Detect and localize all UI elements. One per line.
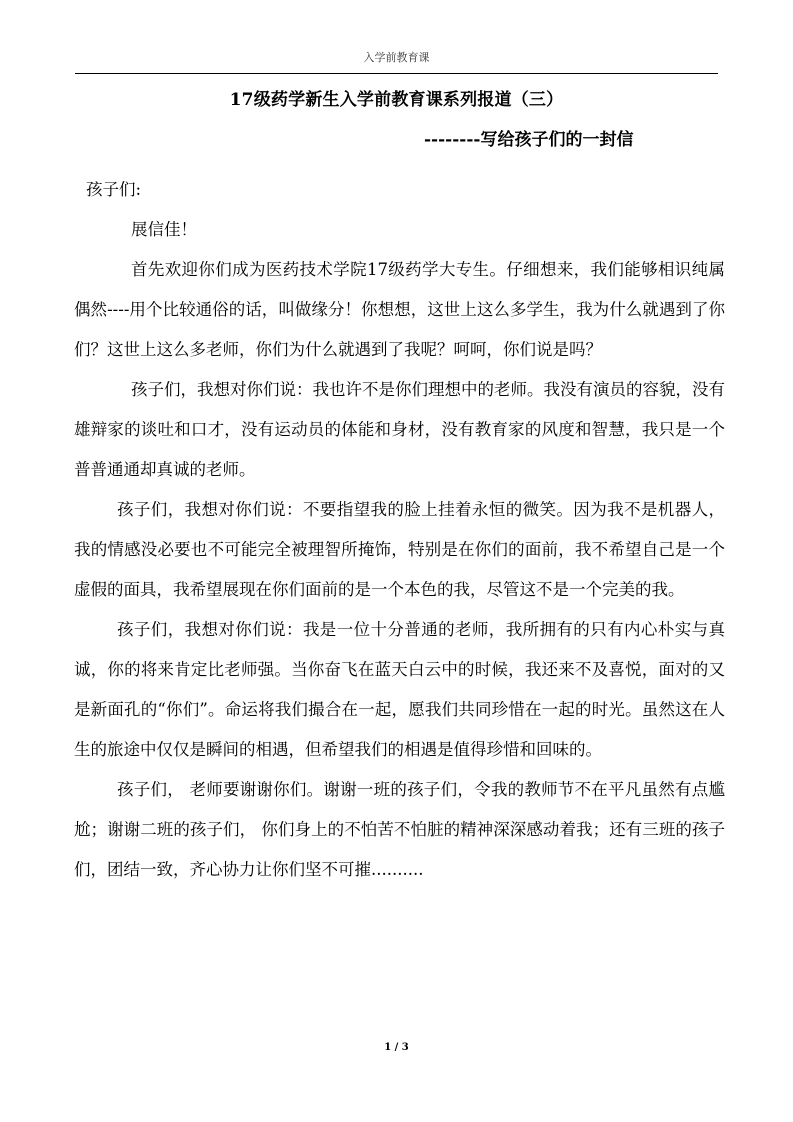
paragraph-welcome: 首先欢迎你们成为医药技术学院17级药学大专生。仔细想来，我们能够相识纯属偶然--… bbox=[74, 250, 725, 370]
header-divider bbox=[75, 73, 718, 74]
document-title: 17级药学新生入学前教育课系列报道（三） bbox=[0, 88, 793, 112]
running-header: 入学前教育课 bbox=[75, 50, 718, 66]
paragraph-ordinary-teacher: 孩子们，我想对你们说：我是一位十分普通的老师，我所拥有的只有内心朴实与真诚，你的… bbox=[74, 610, 725, 770]
paragraph-not-ideal-teacher: 孩子们，我想对你们说：我也许不是你们理想中的老师。我没有演员的容貌，没有雄辩家的… bbox=[74, 370, 725, 490]
paragraph-no-eternal-smile: 孩子们，我想对你们说：不要指望我的脸上挂着永恒的微笑。因为我不是机器人，我的情感… bbox=[74, 490, 725, 610]
paragraph-thanks: 孩子们， 老师要谢谢你们。谢谢一班的孩子们，令我的教师节不在平凡虽然有点尴尬；谢… bbox=[74, 770, 725, 890]
greeting: 展信佳！ bbox=[74, 210, 725, 250]
page-number: 1 / 3 bbox=[0, 1041, 793, 1055]
letter-body: 孩子们: 展信佳！ 首先欢迎你们成为医药技术学院17级药学大专生。仔细想来，我们… bbox=[74, 170, 725, 890]
document-subtitle: --------写给孩子们的一封信 bbox=[424, 128, 633, 152]
salutation: 孩子们: bbox=[74, 170, 725, 210]
